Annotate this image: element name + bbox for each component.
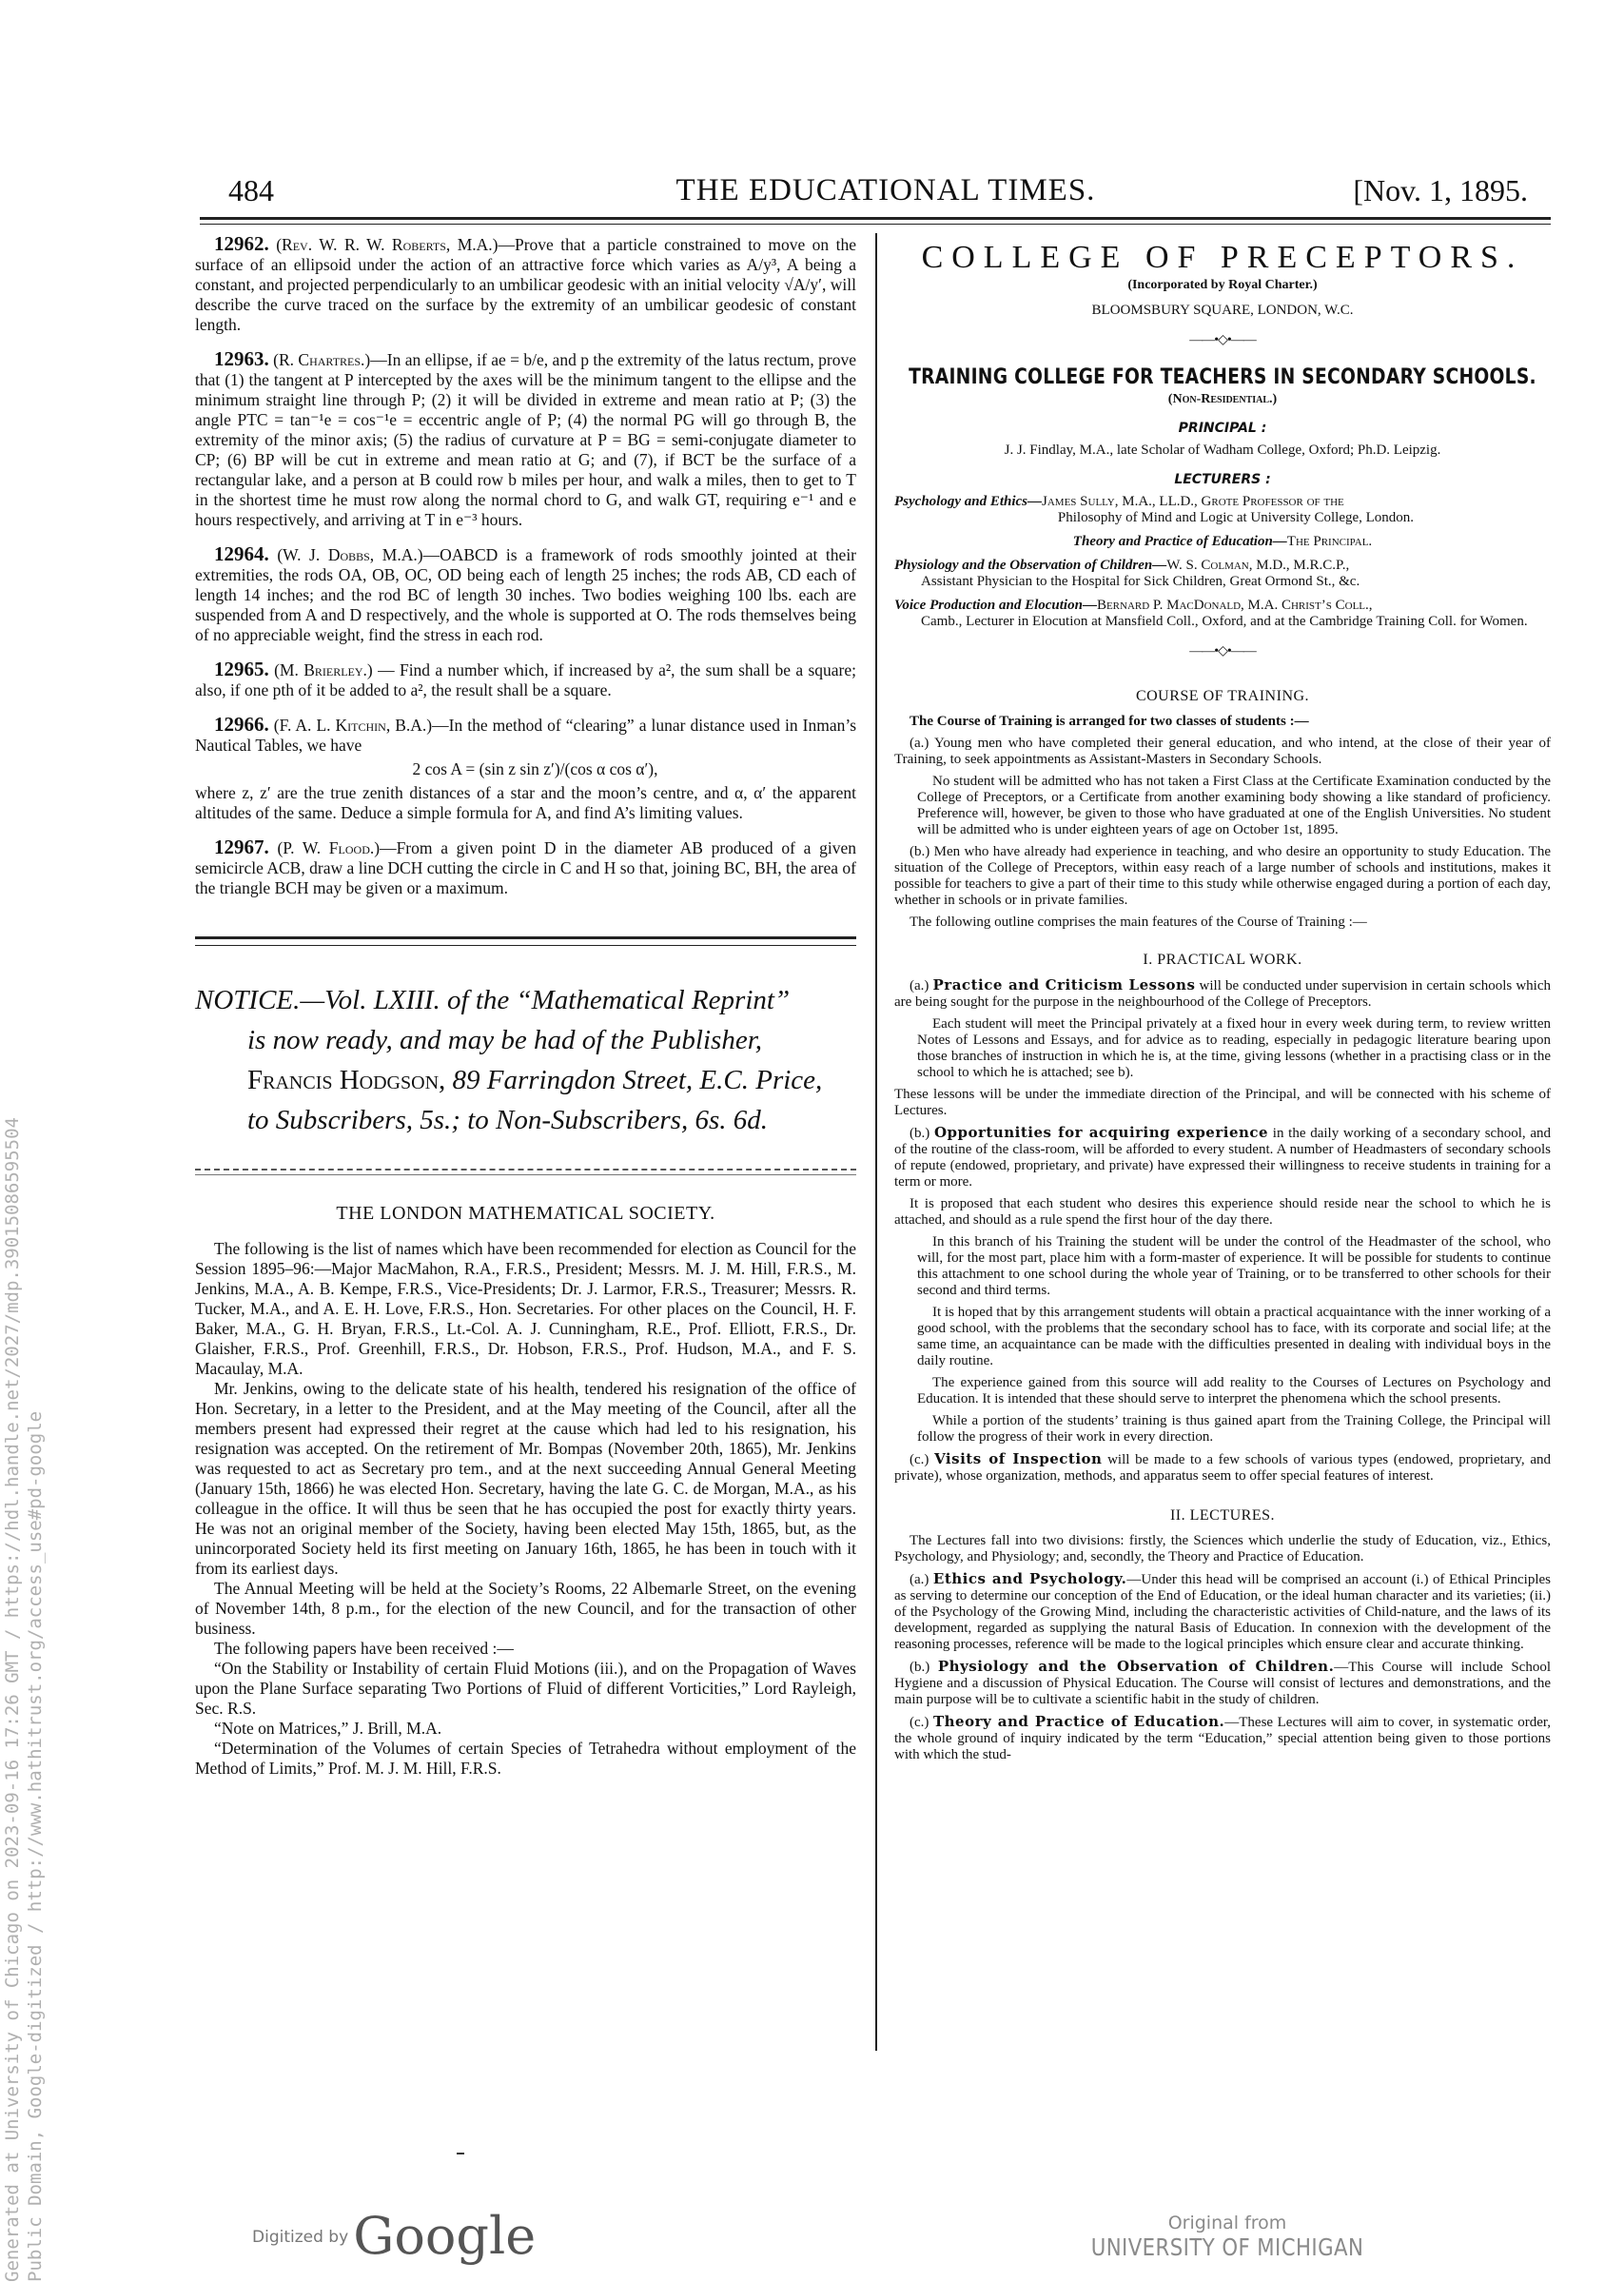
problem-author: (M. Brierley.) — [274, 660, 373, 679]
problem-text-continued: where z, z′ are the true zenith distance… — [195, 783, 856, 823]
hathitrust-watermark: Generated at University of Chicago on 20… — [0, 0, 48, 2282]
header-rule — [200, 217, 1551, 225]
class-b: (b.) Men who have already had experience… — [894, 844, 1551, 909]
problem-author: (Rev. W. R. W. Roberts, M.A.) — [276, 235, 498, 254]
lecturer-name: The Principal. — [1287, 534, 1372, 549]
practical-item-b: (b.) Opportunities for acquiring experie… — [894, 1125, 1551, 1190]
lecture-item-c: (c.) Theory and Practice of Education.—T… — [894, 1714, 1551, 1763]
problem-number: 12967. — [214, 836, 269, 858]
notice-line: is now ready, and may be had of the Publ… — [195, 1020, 856, 1060]
notice-line: to Subscribers, 5s.; to Non-Subscribers,… — [195, 1100, 856, 1140]
lecture-item-a: (a.) Ethics and Psychology.—Under this h… — [894, 1571, 1551, 1653]
problem-author: (F. A. L. Kitchin, B.A.) — [274, 716, 432, 735]
practical-item-b-detail: It is hoped that by this arrangement stu… — [894, 1305, 1551, 1369]
lecturer-entry: Theory and Practice of Education—The Pri… — [894, 534, 1551, 550]
lecturer-subject: Psychology and Ethics— — [894, 494, 1042, 509]
lecturer-detail: Philosophy of Mind and Logic at Universi… — [894, 510, 1551, 526]
lecturer-subject: Physiology and the Observation of Childr… — [894, 558, 1166, 573]
lecturer-subject: Voice Production and Elocution— — [894, 598, 1097, 613]
practical-item-a: (a.) Practice and Criticism Lessons will… — [894, 977, 1551, 1011]
item-heading: Practice and Criticism Lessons — [933, 976, 1196, 993]
problem-number: 12965. — [214, 658, 269, 680]
course-outline-intro: The following outline comprises the main… — [894, 915, 1551, 931]
problem-item: 12966. (F. A. L. Kitchin, B.A.)—In the m… — [195, 715, 856, 823]
item-heading: Theory and Practice of Education. — [933, 1713, 1224, 1730]
problem-number: 12962. — [214, 232, 269, 255]
original-from: Original from UNIVERSITY OF MICHIGAN — [1056, 2213, 1399, 2261]
practical-work-title: I. PRACTICAL WORK. — [894, 952, 1551, 968]
issue-date: [Nov. 1, 1895. — [1353, 173, 1528, 208]
notice-mathematical-reprint: NOTICE.—Vol. LXIII. of the “Mathematical… — [195, 980, 856, 1140]
section-rule — [195, 1169, 856, 1175]
problem-item: 12963. (R. Chartres.)—In an ellipse, if … — [195, 349, 856, 530]
problem-author: (P. W. Flood.) — [277, 838, 380, 857]
practical-item-b-detail: While a portion of the students’ trainin… — [894, 1413, 1551, 1446]
problem-number: 12966. — [214, 713, 269, 736]
item-label: (b.) — [910, 1126, 929, 1141]
london-mathematical-society-section: THE LONDON MATHEMATICAL SOCIETY. The fol… — [195, 1204, 856, 1779]
problem-text: —In an ellipse, if ae = b/e, and p the e… — [195, 350, 856, 529]
section-title: THE LONDON MATHEMATICAL SOCIETY. — [195, 1204, 856, 1224]
practical-item-b-detail: In this branch of his Training the stude… — [894, 1234, 1551, 1299]
problem-number: 12963. — [214, 347, 269, 370]
lecturers-label: LECTURERS : — [894, 472, 1551, 488]
lms-paragraph: The following is the list of names which… — [195, 1239, 856, 1379]
watermark-line-1: Generated at University of Chicago on 20… — [2, 1117, 23, 2282]
item-heading: Physiology and the Observation of Childr… — [938, 1658, 1334, 1675]
college-address: BLOOMSBURY SQUARE, LONDON, W.C. — [894, 303, 1551, 319]
item-label: (c.) — [910, 1452, 929, 1467]
lecturer-entry: Voice Production and Elocution—Bernard P… — [894, 598, 1551, 630]
practical-item-b-detail: The experience gained from this source w… — [894, 1375, 1551, 1407]
lecturer-name: Bernard P. MacDonald, M.A. Christ’s Coll… — [1097, 598, 1373, 613]
original-from-label: Original from — [1056, 2213, 1399, 2233]
digitized-by-google: Digitized by Google — [252, 2206, 536, 2266]
practical-item-a-after: These lessons will be under the immediat… — [894, 1087, 1551, 1119]
right-column: COLLEGE OF PRECEPTORS. (Incorporated by … — [894, 234, 1551, 1769]
lms-paragraph: “Note on Matrices,” J. Brill, M.A. — [195, 1719, 856, 1739]
notice-line: 89 Farringdon Street, E.C. Price, — [445, 1065, 822, 1095]
lecture-item-b: (b.) Physiology and the Observation of C… — [894, 1659, 1551, 1708]
class-a-admission-note: No student will be admitted who has not … — [894, 774, 1551, 838]
item-heading: Opportunities for acquiring experience — [934, 1124, 1268, 1141]
problem-item: 12965. (M. Brierley.) — Find a number wh… — [195, 659, 856, 700]
item-label: (a.) — [910, 978, 929, 993]
ornament-divider: ——•◇•—— — [894, 332, 1551, 348]
ornament-divider: ——•◇•—— — [894, 643, 1551, 659]
non-residential-note: (Non-Residential.) — [894, 391, 1551, 407]
problem-formula: 2 cos A = (sin z sin z′)/(cos α cos α′), — [195, 759, 856, 779]
training-college-title: TRAINING COLLEGE FOR TEACHERS IN SECONDA… — [895, 369, 1551, 385]
lms-paragraph: “Determination of the Volumes of certain… — [195, 1739, 856, 1779]
practical-item-b-paragraph: It is proposed that each student who des… — [894, 1196, 1551, 1229]
lecturer-entry: Psychology and Ethics—James Sully, M.A.,… — [894, 494, 1551, 526]
course-of-training-title: COURSE OF TRAINING. — [894, 688, 1551, 704]
university-name: UNIVERSITY OF MICHIGAN — [1082, 2233, 1373, 2261]
section-rule — [195, 936, 856, 946]
item-label: (a.) — [910, 1572, 929, 1587]
principal-label: PRINCIPAL : — [894, 421, 1551, 437]
google-logo: Google — [353, 2206, 536, 2266]
watermark-line-2: Public Domain, Google-digitized / http:/… — [25, 1411, 46, 2282]
course-intro: The Course of Training is arranged for t… — [894, 714, 1551, 730]
notice-publisher: Francis Hodgson, — [247, 1065, 445, 1095]
lectures-title: II. LECTURES. — [894, 1507, 1551, 1524]
problem-item: 12967. (P. W. Flood.)—From a given point… — [195, 837, 856, 898]
left-column: 12962. (Rev. W. R. W. Roberts, M.A.)—Pro… — [195, 234, 856, 1779]
lms-paragraph: Mr. Jenkins, owing to the delicate state… — [195, 1379, 856, 1579]
lms-paragraph: The following papers have been received … — [195, 1639, 856, 1659]
item-label: (c.) — [910, 1715, 929, 1730]
lecturer-name: James Sully, M.A., LL.D., Grote Professo… — [1042, 494, 1344, 509]
notice-line: NOTICE.—Vol. LXIII. of the “Mathematical… — [195, 985, 790, 1015]
practical-item-c: (c.) Visits of Inspection will be made t… — [894, 1451, 1551, 1485]
problem-item: 12962. (Rev. W. R. W. Roberts, M.A.)—Pro… — [195, 234, 856, 335]
lectures-intro: The Lectures fall into two divisions: fi… — [894, 1533, 1551, 1565]
lms-paragraph: “On the Stability or Instability of cert… — [195, 1659, 856, 1719]
incorporation-note: (Incorporated by Royal Charter.) — [894, 277, 1551, 293]
item-heading: Ethics and Psychology. — [933, 1570, 1127, 1587]
lecturer-subject: Theory and Practice of Education— — [1073, 534, 1287, 549]
problem-item: 12964. (W. J. Dobbs, M.A.)—OABCD is a fr… — [195, 544, 856, 645]
item-label: (b.) — [910, 1660, 929, 1675]
lecturer-detail: Camb., Lecturer in Elocution at Mansfiel… — [894, 614, 1551, 630]
column-divider — [875, 233, 877, 2051]
lecturer-name: W. S. Colman, M.D., M.R.C.P., — [1166, 558, 1349, 573]
digitized-by-label: Digitized by — [252, 2228, 348, 2247]
lms-paragraph: The Annual Meeting will be held at the S… — [195, 1579, 856, 1639]
item-heading: Visits of Inspection — [934, 1450, 1102, 1467]
principal-name: J. J. Findlay, M.A., late Scholar of Wad… — [894, 443, 1551, 459]
practical-item-a-detail: Each student will meet the Principal pri… — [894, 1016, 1551, 1081]
problem-number: 12964. — [214, 542, 269, 565]
problem-author: (R. Chartres.) — [273, 350, 370, 369]
problem-author: (W. J. Dobbs, M.A.) — [277, 545, 422, 564]
college-title: COLLEGE OF PRECEPTORS. — [894, 249, 1551, 266]
print-mark — [457, 2153, 464, 2154]
lecturer-detail: Assistant Physician to the Hospital for … — [894, 574, 1551, 590]
lecturer-entry: Physiology and the Observation of Childr… — [894, 558, 1551, 590]
class-a: (a.) Young men who have completed their … — [894, 736, 1551, 768]
problems-list: 12962. (Rev. W. R. W. Roberts, M.A.)—Pro… — [195, 234, 856, 898]
